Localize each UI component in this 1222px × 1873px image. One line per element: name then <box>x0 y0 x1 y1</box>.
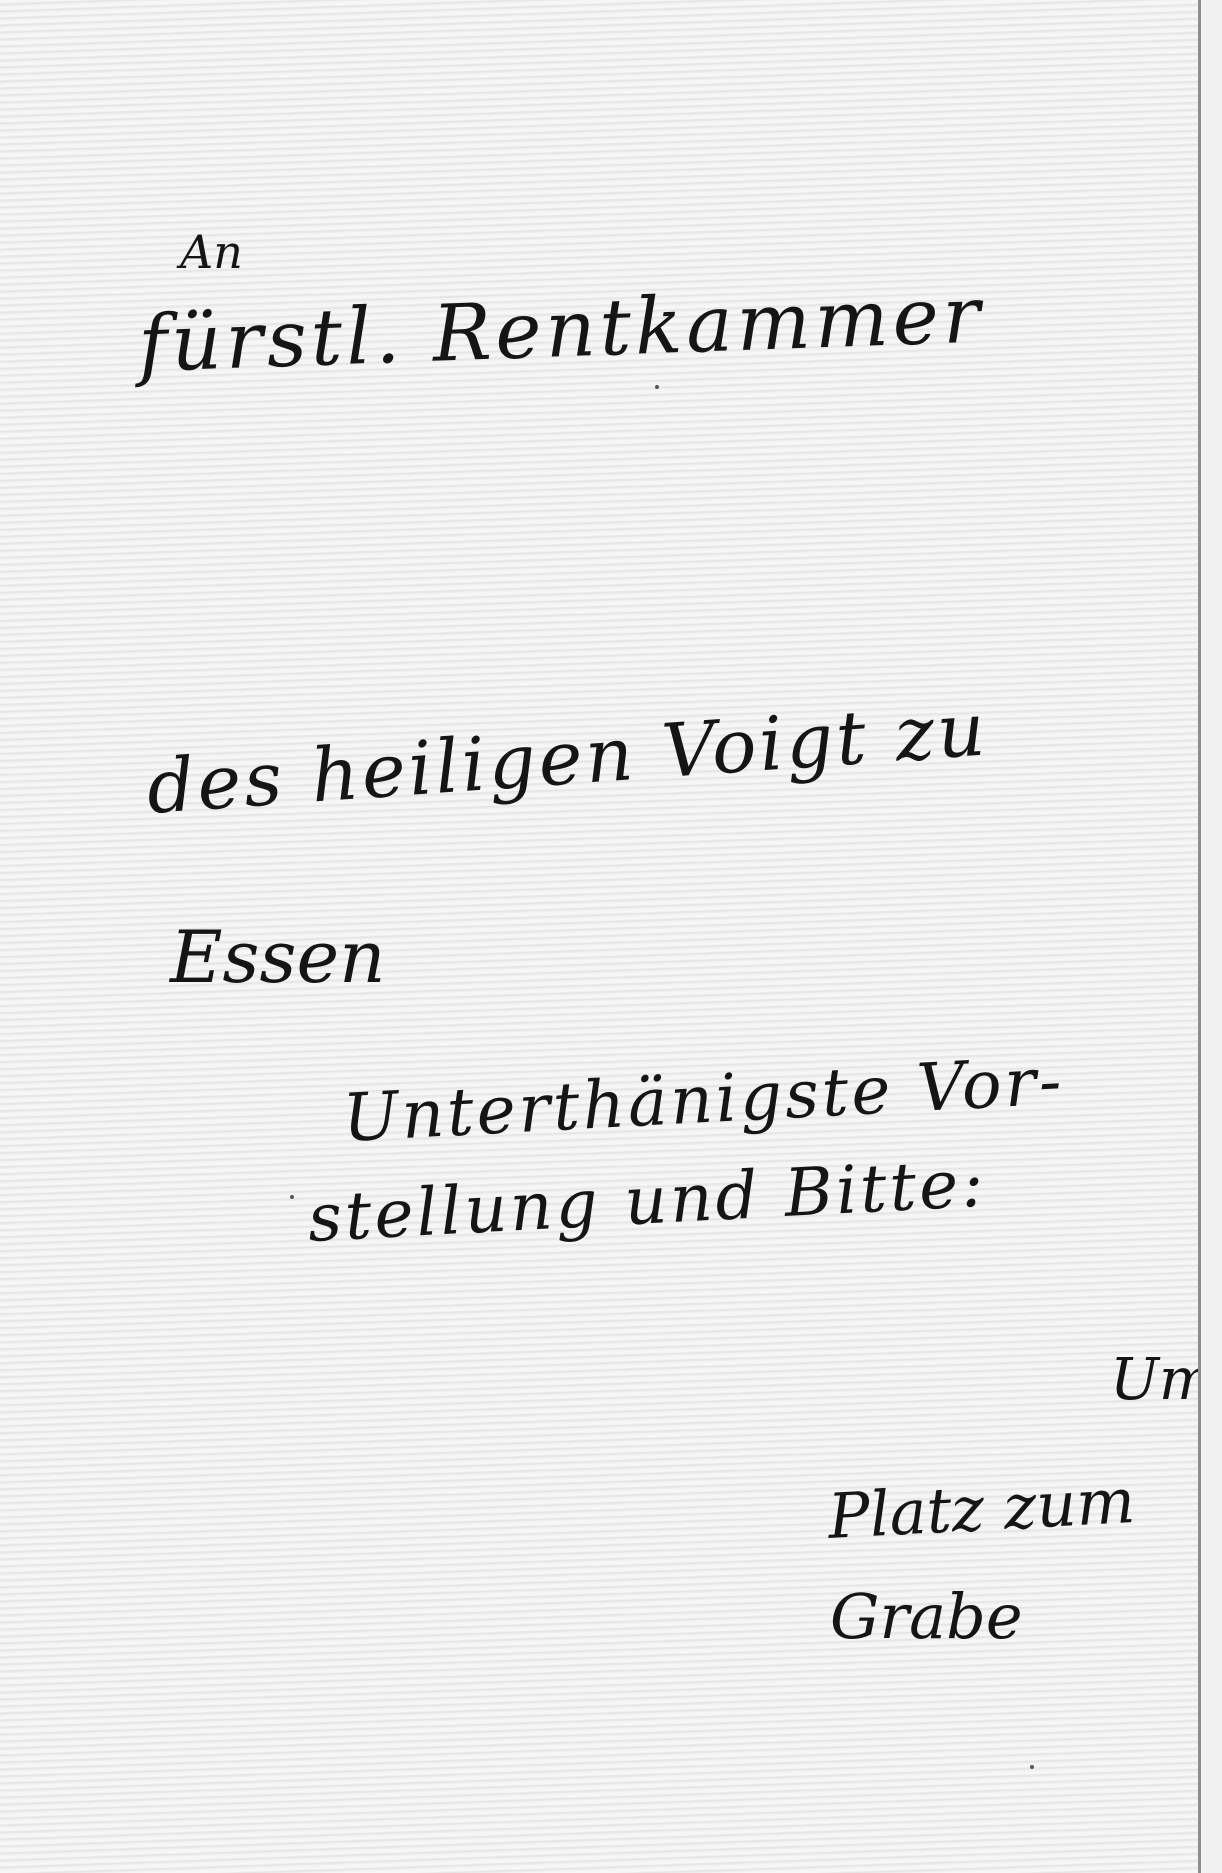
manuscript-page: An fürstl. Rentkammer des heiligen Voigt… <box>0 0 1200 1873</box>
page-margin <box>1201 0 1222 1873</box>
request-line-3: Grabe <box>830 1580 1023 1653</box>
subject-line-1: Unterthänigste Vor- <box>341 1042 1066 1157</box>
subject-line-2: stellung und Bitte: <box>306 1145 988 1257</box>
ink-speck <box>655 385 659 389</box>
address-line-1: An <box>180 225 243 279</box>
ink-speck <box>1030 1765 1034 1769</box>
address-line-2: fürstl. Rentkammer <box>137 271 986 390</box>
ink-speck <box>290 1195 294 1199</box>
sender-line-1: des heiligen Voigt zu <box>144 686 991 831</box>
request-line-2: Platz zum <box>826 1464 1137 1553</box>
sender-line-2: Essen <box>170 915 385 999</box>
